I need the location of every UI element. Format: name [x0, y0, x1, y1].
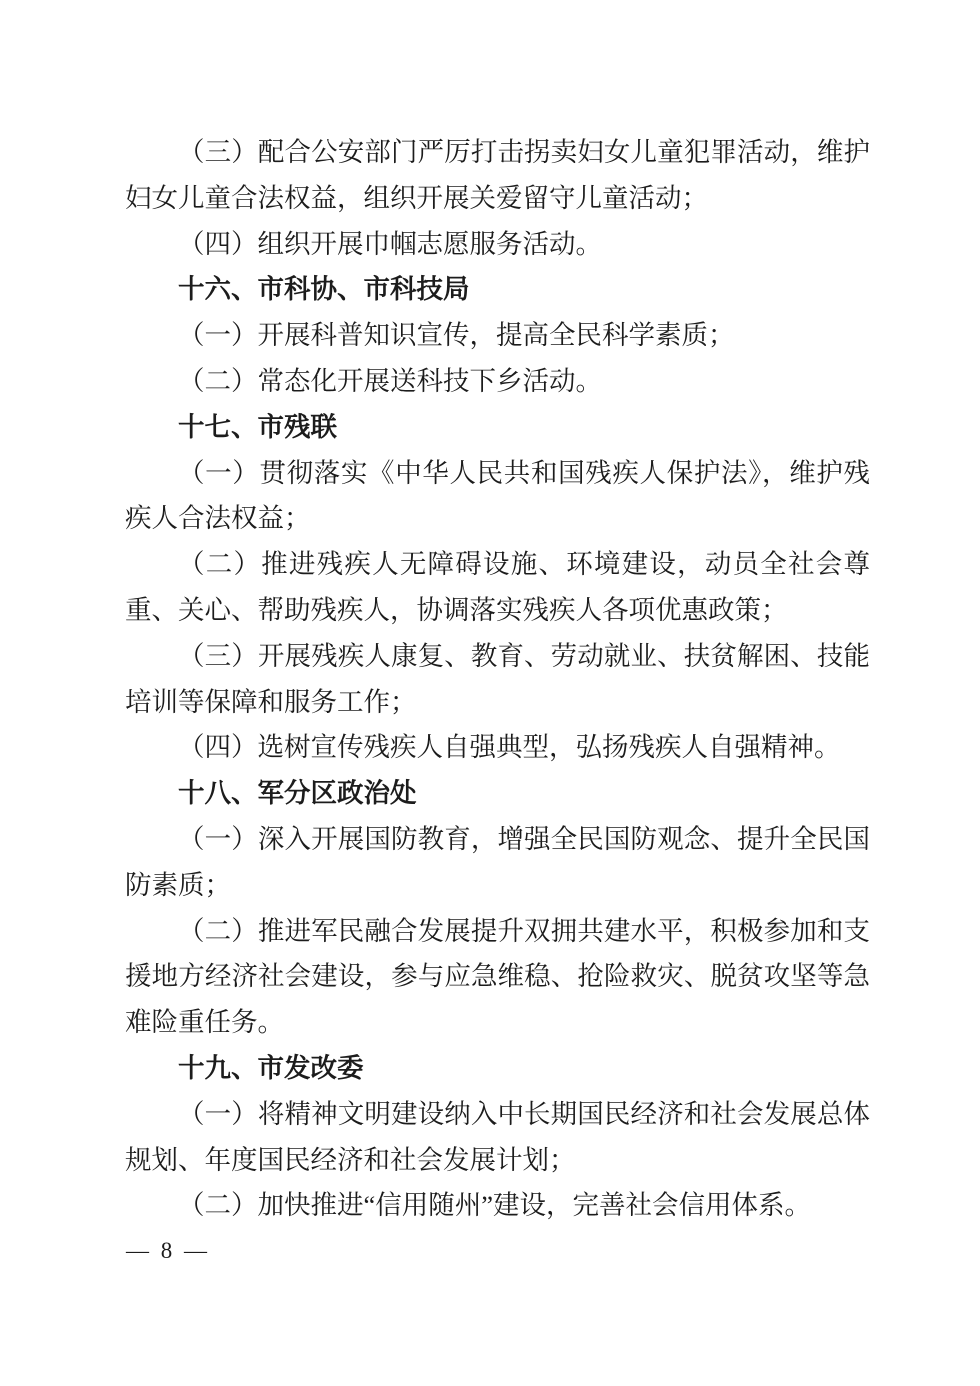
body-paragraph: （二）推进残疾人无障碍设施、环境建设，动员全社会尊重、关心、帮助残疾人，协调落实… [125, 542, 870, 634]
section-heading: 十八、军分区政治处 [125, 771, 870, 817]
body-paragraph: （二）推进军民融合发展提升双拥共建水平，积极参加和支援地方经济社会建设，参与应急… [125, 909, 870, 1046]
body-paragraph: （一）开展科普知识宣传，提高全民科学素质； [125, 313, 870, 359]
body-paragraph: （一）贯彻落实《中华人民共和国残疾人保护法》，维护残疾人合法权益； [125, 451, 870, 543]
document-page: （三）配合公安部门严厉打击拐卖妇女儿童犯罪活动，维护妇女儿童合法权益，组织开展关… [0, 0, 980, 1386]
section-heading: 十九、市发改委 [125, 1046, 870, 1092]
section-heading: 十七、市残联 [125, 405, 870, 451]
body-paragraph: （一）将精神文明建设纳入中长期国民经济和社会发展总体规划、年度国民经济和社会发展… [125, 1092, 870, 1184]
section-heading: 十六、市科协、市科技局 [125, 267, 870, 313]
body-paragraph: （三）配合公安部门严厉打击拐卖妇女儿童犯罪活动，维护妇女儿童合法权益，组织开展关… [125, 130, 870, 222]
document-body: （三）配合公安部门严厉打击拐卖妇女儿童犯罪活动，维护妇女儿童合法权益，组织开展关… [125, 130, 870, 1229]
body-paragraph: （三）开展残疾人康复、教育、劳动就业、扶贫解困、技能培训等保障和服务工作； [125, 634, 870, 726]
body-paragraph: （二）加快推进“信用随州”建设，完善社会信用体系。 [125, 1183, 870, 1229]
body-paragraph: （四）选树宣传残疾人自强典型，弘扬残疾人自强精神。 [125, 725, 870, 771]
body-paragraph: （四）组织开展巾帼志愿服务活动。 [125, 222, 870, 268]
body-paragraph: （二）常态化开展送科技下乡活动。 [125, 359, 870, 405]
page-number: — 8 — [126, 1236, 210, 1266]
body-paragraph: （一）深入开展国防教育，增强全民国防观念、提升全民国防素质； [125, 817, 870, 909]
